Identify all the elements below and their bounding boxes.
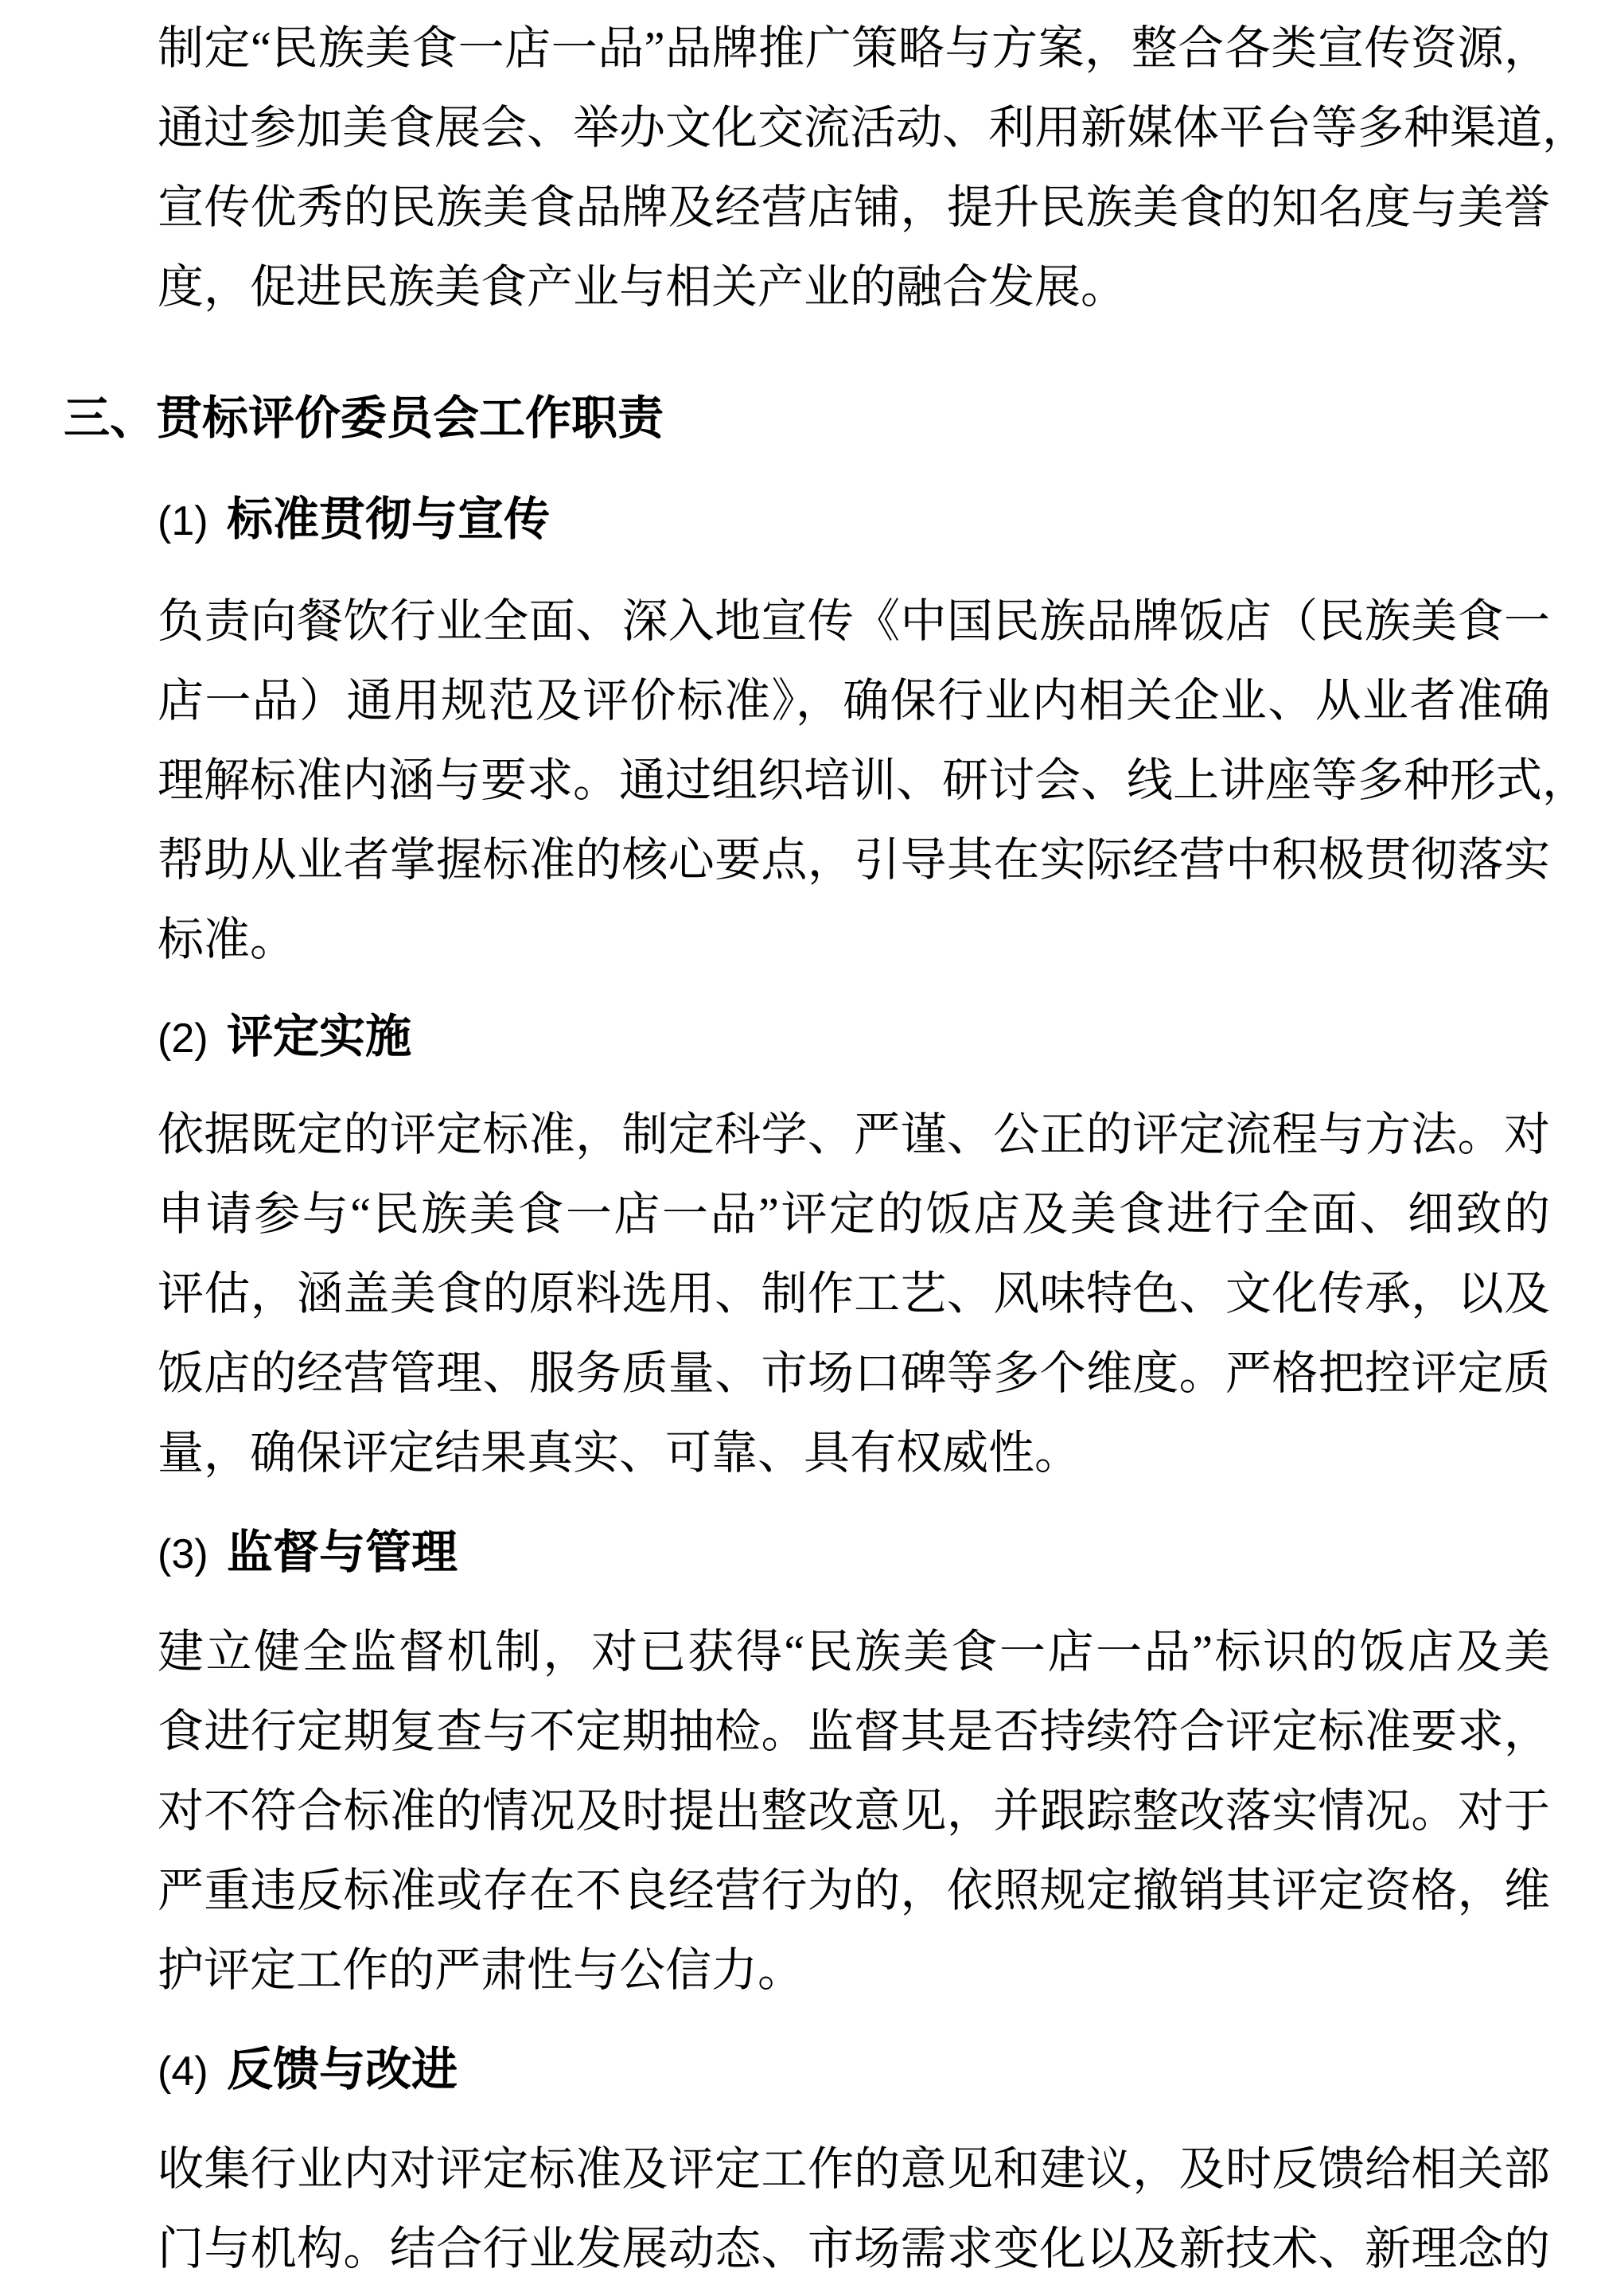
paragraph-line: 申请参与“民族美食一店一品”评定的饭店及美食进行全面、细致的 xyxy=(158,1190,1550,1239)
paragraph-line: 负责向餐饮行业全面、深入地宣传《中国民族品牌饭店（民族美食一 xyxy=(158,597,1550,646)
paragraph-line: 制定“民族美食一店一品”品牌推广策略与方案，整合各类宣传资源， xyxy=(158,24,1550,73)
paragraph-line: 收集行业内对评定标准及评定工作的意见和建议，及时反馈给相关部 xyxy=(158,2145,1550,2194)
subsection-title: 反馈与改进 xyxy=(227,2044,458,2095)
paragraph-line: 严重违反标准或存在不良经营行为的，依照规定撤销其评定资格，维 xyxy=(158,1866,1550,1916)
paragraph-line: 门与机构。结合行业发展动态、市场需求变化以及新技术、新理念的 xyxy=(158,2224,1550,2274)
paragraph-line: 量，确保评定结果真实、可靠、具有权威性。 xyxy=(158,1429,1550,1478)
subsection-number: (2) xyxy=(158,1014,227,1063)
paragraph-line: 宣传优秀的民族美食品牌及经营店铺，提升民族美食的知名度与美誉 xyxy=(158,183,1550,232)
subsection-number: (1) xyxy=(158,497,227,546)
subsection-heading: (1)标准贯彻与宣传 xyxy=(158,495,550,544)
paragraph-line: 标准。 xyxy=(158,915,1550,965)
paragraph-line: 护评定工作的严肃性与公信力。 xyxy=(158,1946,1550,1995)
paragraph-line: 建立健全监督机制，对已获得“民族美食一店一品”标识的饭店及美 xyxy=(158,1627,1550,1677)
subsection-number: (3) xyxy=(158,1530,227,1579)
subsection-heading: (2)评定实施 xyxy=(158,1012,411,1062)
paragraph-line: 理解标准内涵与要求。通过组织培训、研讨会、线上讲座等多种形式， xyxy=(158,756,1550,805)
subsection-heading: (4)反馈与改进 xyxy=(158,2045,458,2095)
paragraph-line: 依据既定的评定标准，制定科学、严谨、公正的评定流程与方法。对 xyxy=(158,1110,1550,1160)
section-heading: 三、贯标评价委员会工作职责 xyxy=(64,394,664,443)
paragraph-line: 店一品）通用规范及评价标准》，确保行业内相关企业、从业者准确 xyxy=(158,676,1550,726)
subsection-heading: (3)监督与管理 xyxy=(158,1528,458,1577)
paragraph-line: 帮助从业者掌握标准的核心要点，引导其在实际经营中积极贯彻落实 xyxy=(158,836,1550,885)
subsection-number: (4) xyxy=(158,2047,227,2096)
paragraph-line: 度，促进民族美食产业与相关产业的融合发展。 xyxy=(158,263,1550,312)
paragraph-line: 对不符合标准的情况及时提出整改意见，并跟踪整改落实情况。对于 xyxy=(158,1787,1550,1836)
subsection-title: 监督与管理 xyxy=(227,1526,458,1578)
paragraph-line: 通过参加美食展会、举办文化交流活动、利用新媒体平台等多种渠道， xyxy=(158,103,1550,153)
paragraph-line: 饭店的经营管理、服务质量、市场口碑等多个维度。严格把控评定质 xyxy=(158,1349,1550,1398)
subsection-title: 标准贯彻与宣传 xyxy=(227,493,550,545)
paragraph-line: 评估，涵盖美食的原料选用、制作工艺、风味特色、文化传承，以及 xyxy=(158,1269,1550,1319)
paragraph-line: 食进行定期复查与不定期抽检。监督其是否持续符合评定标准要求， xyxy=(158,1707,1550,1756)
subsection-title: 评定实施 xyxy=(227,1011,411,1062)
